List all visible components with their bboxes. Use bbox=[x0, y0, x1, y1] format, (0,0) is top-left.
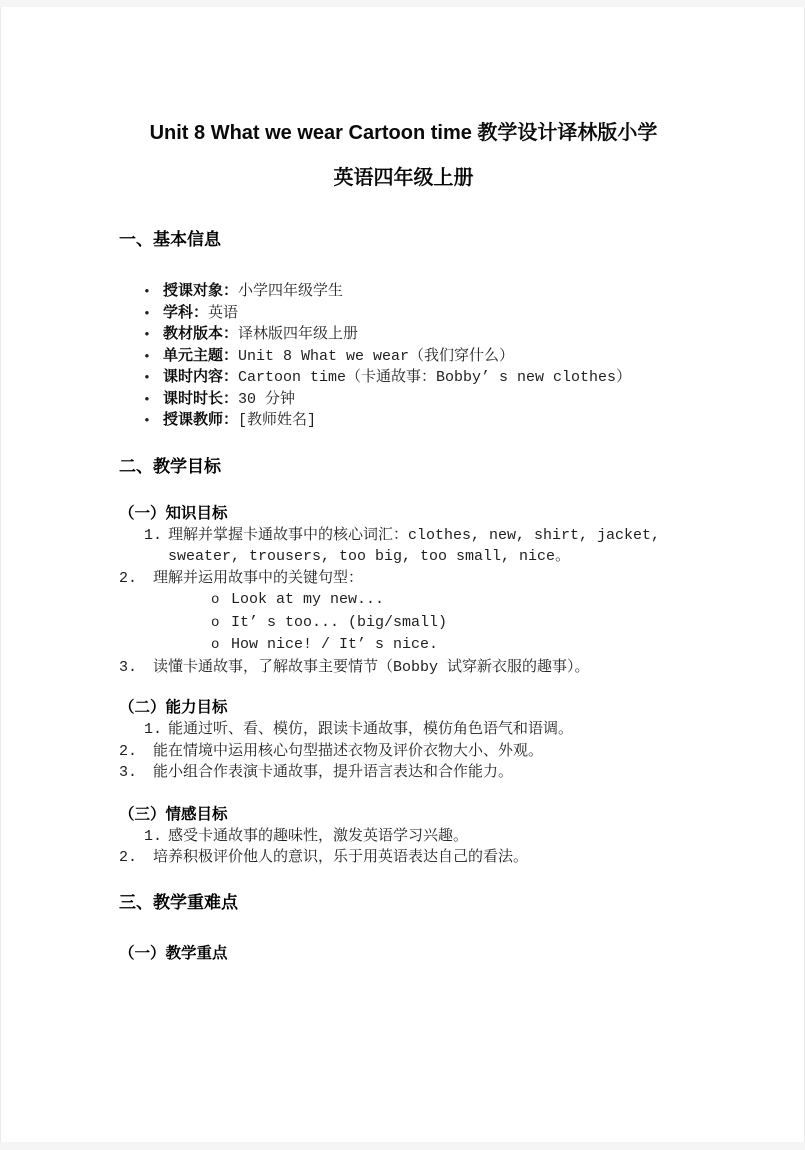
circle-bullet-icon: o bbox=[211, 590, 231, 612]
circle-bullet-icon: o bbox=[211, 635, 231, 657]
knowledge-objectives-list-cont: 3.读懂卡通故事，了解故事主要情节（Bobby 试穿新衣服的趣事）。 bbox=[119, 657, 688, 679]
item-label: 单元主题： bbox=[163, 348, 238, 365]
basic-info-list: •授课对象：小学四年级学生 •学科：英语 •教材版本：译林版四年级上册 •单元主… bbox=[119, 281, 688, 432]
bullet-icon: • bbox=[143, 303, 163, 325]
document-title: Unit 8 What we wear Cartoon time 教学设计译林版… bbox=[99, 111, 708, 201]
item-value: 英语 bbox=[208, 305, 238, 322]
knowledge-objectives-list: 1.理解并掌握卡通故事中的核心词汇：clothes, new, shirt, j… bbox=[119, 525, 688, 590]
pattern-item: oLook at my new... bbox=[211, 589, 688, 612]
item-number: 3. bbox=[119, 657, 153, 679]
bullet-icon: • bbox=[143, 389, 163, 411]
bullet-icon: • bbox=[143, 324, 163, 346]
pattern-text: Look at my new... bbox=[231, 591, 384, 608]
item-label: 教材版本： bbox=[163, 326, 238, 343]
section-heading-objectives: 二、教学目标 bbox=[119, 455, 688, 479]
section-heading-basic-info: 一、基本信息 bbox=[119, 228, 688, 252]
list-item: •教材版本：译林版四年级上册 bbox=[143, 324, 688, 346]
item-text: 能小组合作表演卡通故事，提升语言表达和合作能力。 bbox=[153, 762, 688, 784]
item-value: Cartoon time（卡通故事：Bobby’ s new clothes） bbox=[238, 369, 631, 386]
item-text: 培养积极评价他人的意识，乐于用英语表达自己的看法。 bbox=[153, 847, 688, 869]
numbered-item: 3.读懂卡通故事，了解故事主要情节（Bobby 试穿新衣服的趣事）。 bbox=[119, 657, 688, 679]
item-text: 感受卡通故事的趣味性，激发英语学习兴趣。 bbox=[168, 826, 688, 848]
numbered-item: 1.理解并掌握卡通故事中的核心词汇：clothes, new, shirt, j… bbox=[144, 525, 688, 568]
item-label: 授课对象： bbox=[163, 283, 238, 300]
item-value: 小学四年级学生 bbox=[238, 283, 343, 300]
item-label: 授课教师： bbox=[163, 412, 238, 429]
item-number: 3. bbox=[119, 762, 153, 784]
circle-bullet-icon: o bbox=[211, 613, 231, 635]
numbered-item: 2.理解并运用故事中的关键句型： bbox=[119, 568, 688, 590]
document-title-line1: Unit 8 What we wear Cartoon time 教学设计译林版… bbox=[150, 122, 658, 144]
document-viewport: Unit 8 What we wear Cartoon time 教学设计译林版… bbox=[0, 0, 805, 1150]
item-number: 1. bbox=[144, 826, 168, 848]
subsection-heading-ability: （二）能力目标 bbox=[119, 697, 688, 719]
list-item: •课时内容：Cartoon time（卡通故事：Bobby’ s new clo… bbox=[143, 367, 688, 389]
subsection-heading-knowledge: （一）知识目标 bbox=[119, 503, 688, 525]
list-item: •课时时长：30 分钟 bbox=[143, 389, 688, 411]
list-item: •授课对象：小学四年级学生 bbox=[143, 281, 688, 303]
item-number: 2. bbox=[119, 741, 153, 763]
sentence-pattern-list: oLook at my new... oIt’ s too... (big/sm… bbox=[119, 589, 688, 657]
item-value: 译林版四年级上册 bbox=[238, 326, 358, 343]
subsection-heading-key-point: （一）教学重点 bbox=[119, 943, 688, 965]
item-text: 能在情境中运用核心句型描述衣物及评价衣物大小、外观。 bbox=[153, 741, 688, 763]
pattern-text: It’ s too... (big/small) bbox=[231, 614, 447, 631]
bullet-icon: • bbox=[143, 346, 163, 368]
pattern-item: oHow nice! / It’ s nice. bbox=[211, 634, 688, 657]
item-number: 1. bbox=[144, 719, 168, 741]
item-value: Unit 8 What we wear（我们穿什么） bbox=[238, 348, 514, 365]
item-number: 2. bbox=[119, 568, 153, 590]
item-value: [教师姓名] bbox=[238, 412, 316, 429]
document-title-line2: 英语四年级上册 bbox=[334, 167, 474, 189]
item-label: 课时时长： bbox=[163, 391, 238, 408]
item-number: 1. bbox=[144, 525, 168, 568]
numbered-item: 1.能通过听、看、模仿，跟读卡通故事，模仿角色语气和语调。 bbox=[144, 719, 688, 741]
item-text: 理解并掌握卡通故事中的核心词汇：clothes, new, shirt, jac… bbox=[168, 525, 688, 568]
item-text: 理解并运用故事中的关键句型： bbox=[153, 568, 688, 590]
numbered-item: 2.培养积极评价他人的意识，乐于用英语表达自己的看法。 bbox=[119, 847, 688, 869]
list-item: •单元主题：Unit 8 What we wear（我们穿什么） bbox=[143, 346, 688, 368]
item-label: 课时内容： bbox=[163, 369, 238, 386]
emotion-objectives-list: 1.感受卡通故事的趣味性，激发英语学习兴趣。 2.培养积极评价他人的意识，乐于用… bbox=[119, 826, 688, 869]
pattern-item: oIt’ s too... (big/small) bbox=[211, 612, 688, 635]
subsection-heading-emotion: （三）情感目标 bbox=[119, 804, 688, 826]
item-label: 学科： bbox=[163, 305, 208, 322]
numbered-item: 3.能小组合作表演卡通故事，提升语言表达和合作能力。 bbox=[119, 762, 688, 784]
numbered-item: 1.感受卡通故事的趣味性，激发英语学习兴趣。 bbox=[144, 826, 688, 848]
item-value: 30 分钟 bbox=[238, 391, 295, 408]
document-page: Unit 8 What we wear Cartoon time 教学设计译林版… bbox=[0, 7, 805, 1142]
numbered-item: 2.能在情境中运用核心句型描述衣物及评价衣物大小、外观。 bbox=[119, 741, 688, 763]
item-number: 2. bbox=[119, 847, 153, 869]
item-text: 能通过听、看、模仿，跟读卡通故事，模仿角色语气和语调。 bbox=[168, 719, 688, 741]
list-item: •学科：英语 bbox=[143, 303, 688, 325]
item-text: 读懂卡通故事，了解故事主要情节（Bobby 试穿新衣服的趣事）。 bbox=[153, 657, 688, 679]
bullet-icon: • bbox=[143, 281, 163, 303]
list-item: •授课教师：[教师姓名] bbox=[143, 410, 688, 432]
ability-objectives-list: 1.能通过听、看、模仿，跟读卡通故事，模仿角色语气和语调。 2.能在情境中运用核… bbox=[119, 719, 688, 784]
pattern-text: How nice! / It’ s nice. bbox=[231, 636, 438, 653]
section-heading-key-points: 三、教学重难点 bbox=[119, 891, 688, 915]
bullet-icon: • bbox=[143, 367, 163, 389]
bullet-icon: • bbox=[143, 410, 163, 432]
